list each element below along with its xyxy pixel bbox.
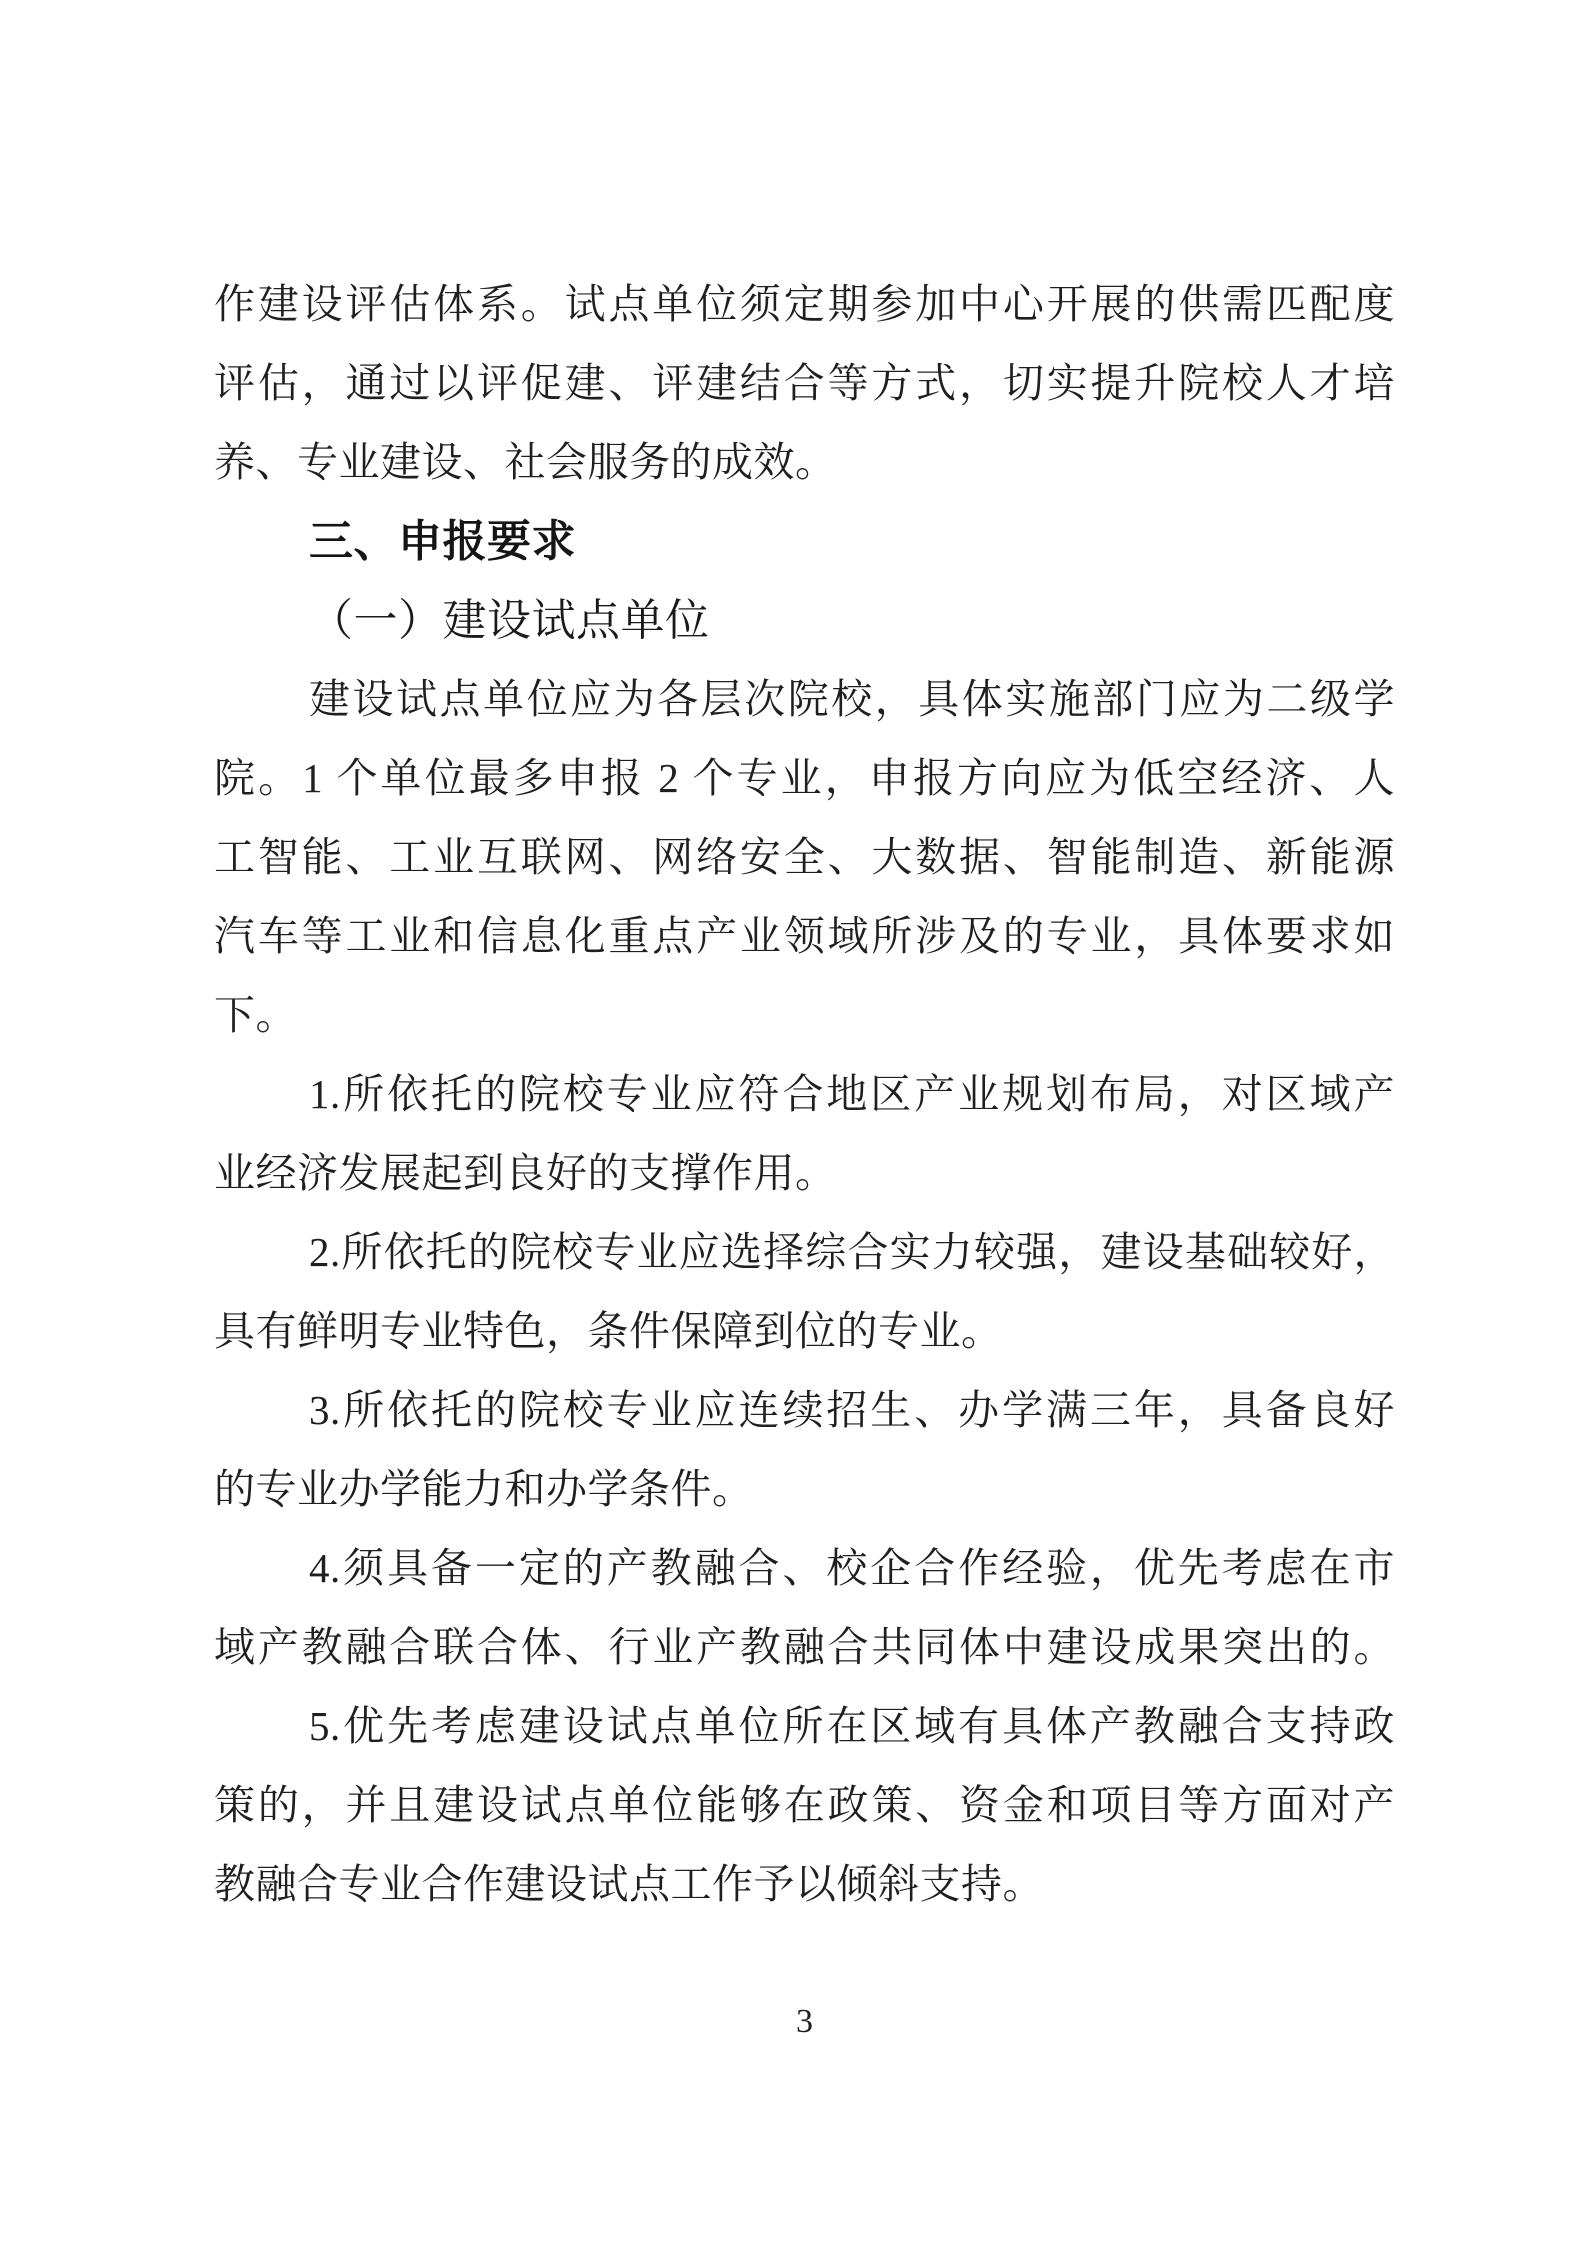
body-line: 1.所依托的院校专业应符合地区产业规划布局，对区域产 xyxy=(214,1055,1395,1134)
body-line: 工智能、工业互联网、网络安全、大数据、智能制造、新能源 xyxy=(214,818,1395,897)
body-line: 教融合专业合作建设试点工作予以倾斜支持。 xyxy=(214,1845,1395,1924)
body-line: 评估，通过以评促建、评建结合等方式，切实提升院校人才培 xyxy=(214,344,1395,423)
page-number: 3 xyxy=(214,2000,1395,2044)
body-line: 业经济发展起到良好的支撑作用。 xyxy=(214,1134,1395,1213)
body-line: 具有鲜明专业特色，条件保障到位的专业。 xyxy=(214,1292,1395,1371)
body-line: 3.所依托的院校专业应连续招生、办学满三年，具备良好 xyxy=(214,1371,1395,1450)
body-line: 策的，并且建设试点单位能够在政策、资金和项目等方面对产 xyxy=(214,1766,1395,1845)
body-line: 作建设评估体系。试点单位须定期参加中心开展的供需匹配度 xyxy=(214,265,1395,344)
body-line: 建设试点单位应为各层次院校，具体实施部门应为二级学 xyxy=(214,660,1395,739)
body-line: 域产教融合联合体、行业产教融合共同体中建设成果突出的。 xyxy=(214,1608,1395,1687)
body-line: 5.优先考虑建设试点单位所在区域有具体产教融合支持政 xyxy=(214,1687,1395,1766)
document-page: 作建设评估体系。试点单位须定期参加中心开展的供需匹配度 评估，通过以评促建、评建… xyxy=(0,0,1587,2244)
section-heading: 三、申报要求 xyxy=(214,502,1395,581)
body-line: 下。 xyxy=(214,976,1395,1055)
body-line: 养、专业建设、社会服务的成效。 xyxy=(214,423,1395,502)
body-line: 的专业办学能力和办学条件。 xyxy=(214,1450,1395,1529)
body-line: 2.所依托的院校专业应选择综合实力较强，建设基础较好， xyxy=(214,1213,1395,1292)
document-text-block: 作建设评估体系。试点单位须定期参加中心开展的供需匹配度 评估，通过以评促建、评建… xyxy=(214,265,1395,1924)
body-line: 汽车等工业和信息化重点产业领域所涉及的专业，具体要求如 xyxy=(214,897,1395,976)
subsection-heading: （一）建设试点单位 xyxy=(214,581,1395,660)
body-line: 院。1 个单位最多申报 2 个专业，申报方向应为低空经济、人 xyxy=(214,739,1395,818)
body-line: 4.须具备一定的产教融合、校企合作经验，优先考虑在市 xyxy=(214,1529,1395,1608)
